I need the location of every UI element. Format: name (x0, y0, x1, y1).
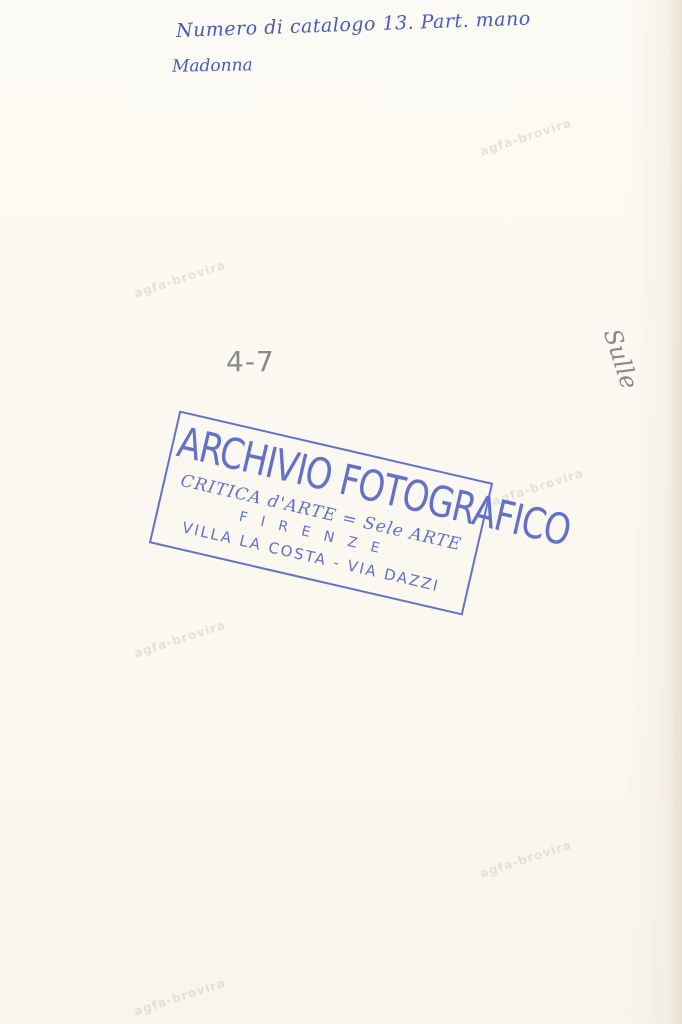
handwritten-subject-note: Madonna (172, 55, 253, 76)
paper-watermark: agfa-brovira (478, 116, 573, 159)
archive-stamp: ARCHIVIO FOTOGRAFICO CRITICA d'ARTE = Se… (149, 411, 493, 616)
paper-watermark: agfa-brovira (132, 258, 227, 301)
handwritten-catalog-note: Numero di catalogo 13. Part. mano (176, 8, 531, 42)
pencil-reference-number: 4-7 (226, 345, 275, 378)
paper-watermark: agfa-brovira (132, 618, 227, 661)
photo-back-sheet: agfa-brovira agfa-brovira agfa-brovira a… (0, 0, 682, 1024)
paper-watermark: agfa-brovira (132, 976, 227, 1019)
paper-watermark: agfa-brovira (478, 838, 573, 881)
paper-edge-shadow (668, 0, 682, 1024)
pencil-signature: Sulle (598, 325, 644, 392)
